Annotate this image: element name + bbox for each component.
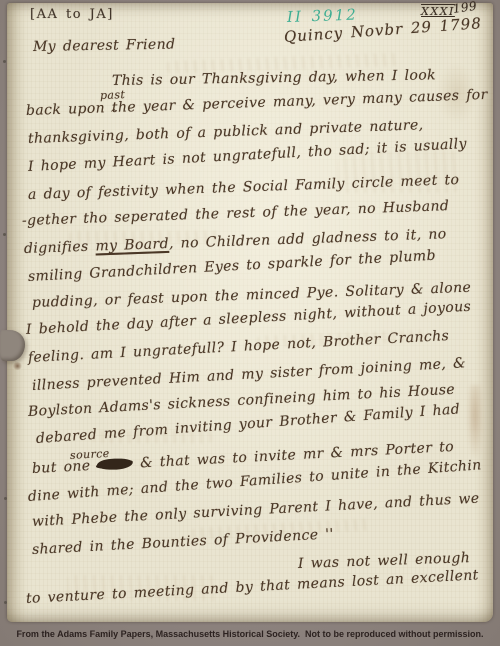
margin-speck	[3, 60, 6, 63]
attribution-note: [AA to JA]	[30, 8, 114, 21]
paper-damage-spot	[13, 362, 22, 370]
emphasized-text: my Board	[95, 236, 169, 255]
struck-out-word	[97, 458, 134, 471]
inserted-word: past	[100, 89, 126, 101]
salutation: My dearest Friend	[33, 38, 176, 54]
manuscript-scan: [AA to JA] II 3912 XXXI 199 My dearest F…	[0, 0, 500, 646]
caption-bar: From the Adams Family Papers, Massachuse…	[0, 622, 500, 646]
accession-number: II 3912	[287, 8, 358, 25]
caption-text: From the Adams Family Papers, Massachuse…	[16, 629, 483, 639]
insertion-caret: ^	[110, 110, 118, 119]
margin-speck	[3, 233, 6, 236]
margin-speck	[4, 497, 7, 500]
margin-speck	[4, 601, 7, 604]
page-number: 199	[452, 0, 478, 15]
ink-stain	[467, 385, 483, 461]
